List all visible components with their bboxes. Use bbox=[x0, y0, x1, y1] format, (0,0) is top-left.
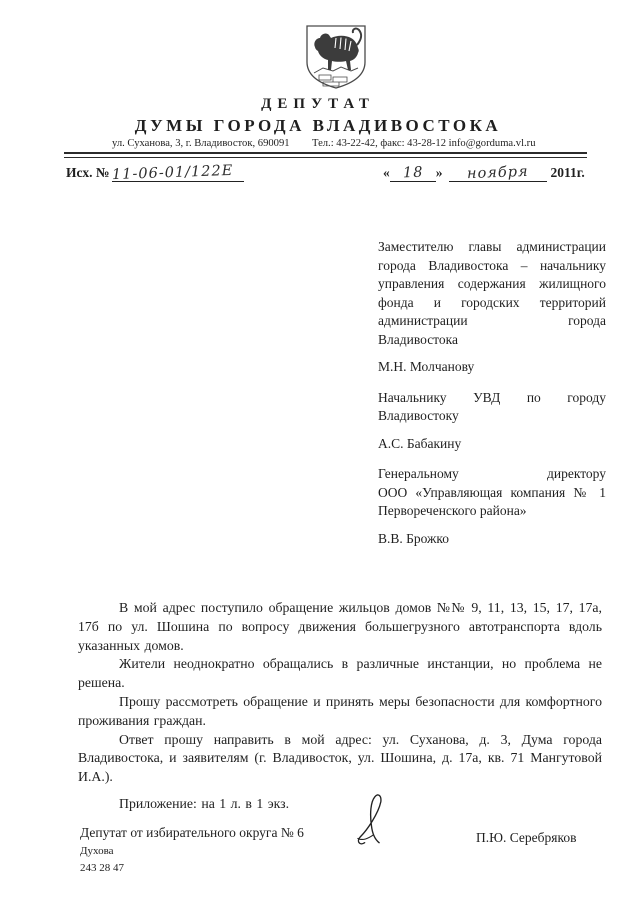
handwritten-signature bbox=[350, 790, 398, 858]
addressee-title-line: управления содержания жилищного bbox=[378, 275, 606, 294]
addressee-title-line: города Владивостока – начальнику bbox=[378, 257, 606, 276]
signer-name: П.Ю. Серебряков bbox=[476, 830, 576, 846]
date-month-handwritten: ноября bbox=[466, 164, 528, 182]
addressee-block: Заместителю главы администрации города В… bbox=[378, 238, 606, 377]
outgoing-number-handwritten: 11-06-01/122Е bbox=[112, 163, 234, 183]
date-day-field: 18 bbox=[390, 165, 436, 182]
executor-phone: 243 28 47 bbox=[80, 860, 304, 877]
addressee-title-line: администрации города bbox=[378, 312, 606, 331]
deputy-position-line: Депутат от избирательного округа № 6 bbox=[80, 824, 304, 841]
date-row: «18»ноября2011г. bbox=[383, 165, 585, 182]
addressee-title-line: фонда и городских территорий bbox=[378, 294, 606, 313]
date-month-field: ноября bbox=[449, 165, 547, 182]
addressee-name: В.В. Брожко bbox=[378, 530, 606, 549]
addressee-block: Генеральному директору ООО «Управляющая … bbox=[378, 465, 606, 548]
addressee-title-line: Начальнику УВД по городу bbox=[378, 389, 606, 408]
addressee-title-line: Заместителю главы администрации bbox=[378, 238, 606, 257]
body-paragraph: Ответ прошу направить в мой адрес: ул. С… bbox=[78, 731, 602, 787]
addressee-title-line: Первореченского района» bbox=[378, 502, 606, 521]
signature-block-left: Депутат от избирательного округа № 6 Дух… bbox=[80, 824, 304, 877]
letterhead-address: ул. Суханова, 3, г. Владивосток, 690091 bbox=[112, 138, 290, 149]
addressee-name: М.Н. Молчанову bbox=[378, 358, 606, 377]
addressee-title-line: Генеральному директору bbox=[378, 465, 606, 484]
addressee-list: Заместителю главы администрации города В… bbox=[378, 238, 606, 560]
tiger-crest-icon bbox=[303, 23, 369, 92]
attachment-note: Приложение: на 1 л. в 1 экз. bbox=[78, 795, 602, 814]
outgoing-number-field: 11-06-01/122Е bbox=[112, 165, 244, 182]
addressee-title-line: Владивостока bbox=[378, 331, 606, 350]
date-close-quote: » bbox=[436, 165, 443, 180]
outgoing-number-row: Исх. №11-06-01/122Е bbox=[66, 165, 244, 182]
executor-name: Духова bbox=[80, 843, 304, 860]
date-year: 2011г. bbox=[551, 165, 585, 180]
letterhead-title: ДЕПУТАТ bbox=[0, 96, 636, 113]
body-paragraph: Жители неоднократно обращались в различн… bbox=[78, 655, 602, 693]
addressee-name: А.С. Бабакину bbox=[378, 435, 606, 454]
date-open-quote: « bbox=[383, 165, 390, 180]
outgoing-number-label: Исх. № bbox=[66, 165, 109, 180]
letter-page: ДЕПУТАТ ДУМЫ ГОРОДА ВЛАДИВОСТОКА ул. Сух… bbox=[0, 0, 636, 899]
letterhead-contacts: Тел.: 43-22-42, факс: 43-28-12 info@gord… bbox=[312, 138, 536, 149]
letterhead-subtitle: ДУМЫ ГОРОДА ВЛАДИВОСТОКА bbox=[0, 116, 636, 136]
letter-body: В мой адрес поступило обращение жильцов … bbox=[78, 599, 602, 814]
body-paragraph: В мой адрес поступило обращение жильцов … bbox=[78, 599, 602, 655]
date-day-handwritten: 18 bbox=[402, 165, 423, 182]
header-divider bbox=[64, 152, 587, 158]
addressee-title-line: Владивостоку bbox=[378, 407, 606, 426]
addressee-title-line: ООО «Управляющая компания № 1 bbox=[378, 484, 606, 503]
addressee-block: Начальнику УВД по городу Владивостоку А.… bbox=[378, 389, 606, 454]
body-paragraph: Прошу рассмотреть обращение и принять ме… bbox=[78, 693, 602, 731]
